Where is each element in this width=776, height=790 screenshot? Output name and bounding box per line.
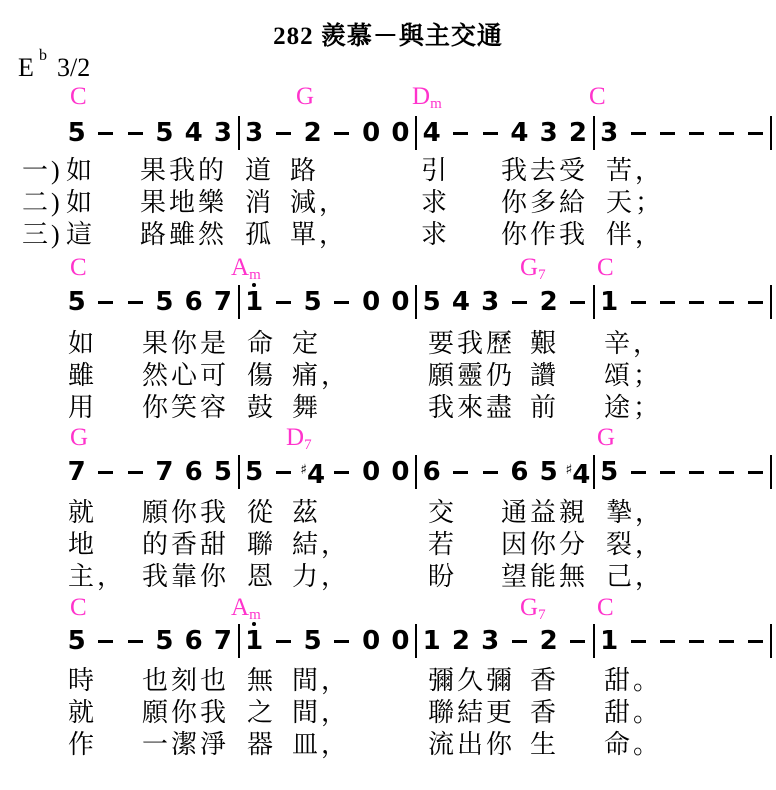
- lyric-cell: 聯: [247, 530, 276, 560]
- dash-extension: [682, 132, 711, 135]
- dash-extension: [327, 471, 356, 474]
- chord-label: G7: [520, 255, 546, 281]
- chord-subscript: 7: [538, 607, 546, 623]
- lyric-cell: 要我歷: [428, 329, 515, 359]
- lyric-cell: 如: [68, 329, 97, 359]
- lyric-cell: 茲: [292, 498, 321, 528]
- lyric-cell: 彌久彌: [428, 666, 515, 696]
- note: 5: [62, 284, 91, 320]
- dash-extension: [712, 471, 741, 474]
- dash-extension: [505, 640, 534, 643]
- note: 1: [417, 623, 446, 659]
- dash-mark: [631, 471, 646, 474]
- note: 0: [386, 115, 415, 151]
- lyric-cell: 我去受: [501, 156, 588, 186]
- dash-mark: [748, 132, 763, 135]
- note: 7: [208, 284, 237, 320]
- dash-mark: [570, 301, 585, 304]
- note: 6: [179, 284, 208, 320]
- song-title: 282 羨慕－與主交通: [0, 16, 776, 52]
- lyric-cell: 願靈仍: [428, 361, 515, 391]
- lyric-cell: 痛，: [292, 361, 350, 391]
- lyric-cell: 摯，: [606, 498, 664, 528]
- chord-subscript: m: [249, 607, 261, 623]
- lyric-cell: 間，: [292, 666, 350, 696]
- note: 0: [357, 623, 386, 659]
- dash-extension: [712, 301, 741, 304]
- key-root: E: [18, 53, 34, 83]
- dash-mark: [483, 132, 498, 135]
- note: 0: [386, 284, 415, 320]
- note: 5: [298, 284, 327, 320]
- lyric-cell: 恩: [247, 562, 276, 592]
- lyric-cell: 交: [428, 498, 457, 528]
- note: ♯4: [563, 452, 592, 493]
- dash-mark: [128, 301, 143, 304]
- dash-mark: [719, 301, 734, 304]
- dash-extension: [476, 132, 505, 135]
- note: 0: [357, 284, 386, 320]
- dash-mark: [748, 301, 763, 304]
- chord-label: C: [70, 84, 87, 110]
- chord-label: Am: [231, 255, 261, 281]
- dash-mark: [689, 301, 704, 304]
- lyric-cell: 伴，: [606, 220, 664, 250]
- lyric-cell: 前: [530, 393, 559, 423]
- lyric-cell: 天；: [606, 188, 664, 218]
- note: 2: [446, 623, 475, 659]
- flat-accidental: b: [39, 47, 47, 65]
- note: 0: [357, 115, 386, 151]
- lyric-cell: 你多給: [501, 188, 588, 218]
- note: 2: [563, 115, 592, 151]
- lyric-cell: 求: [421, 220, 450, 250]
- lyric-cell: 通益親: [501, 498, 588, 528]
- dash-mark: [512, 640, 527, 643]
- lyric-cell: 你笑容: [142, 393, 229, 423]
- dash-extension: [446, 471, 475, 474]
- lyric-cell: 聯結更: [428, 698, 515, 728]
- lyric-cell: 之: [247, 698, 276, 728]
- note: 5: [62, 115, 91, 151]
- lyric-cell: 器: [247, 730, 276, 760]
- dash-extension: [269, 640, 298, 643]
- lyric-cell: 消: [245, 188, 274, 218]
- note: 3: [208, 115, 237, 151]
- lyric-cell: 因你分: [501, 530, 588, 560]
- lyric-cell: 途；: [604, 393, 662, 423]
- note: 6: [179, 454, 208, 490]
- lyric-cell: 頌；: [604, 361, 662, 391]
- lyric-cell: 的香甜: [142, 530, 229, 560]
- dash-extension: [269, 471, 298, 474]
- dash-extension: [624, 640, 653, 643]
- note: 5: [240, 454, 269, 490]
- dash-extension: [653, 471, 682, 474]
- dash-extension: [476, 471, 505, 474]
- chord-label: G7: [520, 595, 546, 621]
- dash-mark: [748, 471, 763, 474]
- dash-mark: [660, 301, 675, 304]
- note: 3: [534, 115, 563, 151]
- chord-label: Dm: [412, 84, 442, 110]
- chord-subscript: m: [430, 96, 442, 112]
- lyric-cell: 時: [68, 666, 97, 696]
- dash-extension: [91, 301, 120, 304]
- note: 5: [150, 115, 179, 151]
- dash-extension: [563, 640, 592, 643]
- dash-extension: [327, 132, 356, 135]
- note: 3: [476, 284, 505, 320]
- lyric-cell: 己，: [606, 562, 664, 592]
- chord-label: C: [70, 595, 87, 621]
- dash-mark: [570, 640, 585, 643]
- lyric-cell: 香: [530, 666, 559, 696]
- dash-mark: [128, 640, 143, 643]
- note: 5: [417, 284, 446, 320]
- lyric-cell: 無: [247, 666, 276, 696]
- dash-mark: [631, 640, 646, 643]
- lyric-cell: 願你我: [142, 498, 229, 528]
- lyric-cell: 定: [292, 329, 321, 359]
- dash-mark: [689, 471, 704, 474]
- dash-extension: [682, 640, 711, 643]
- dash-mark: [719, 471, 734, 474]
- note: 2: [534, 284, 563, 320]
- lyric-cell: 一潔淨: [142, 730, 229, 760]
- lyric-cell: 讚: [530, 361, 559, 391]
- chord-label: C: [70, 255, 87, 281]
- verse-number: 三): [22, 220, 63, 250]
- note: 3: [240, 115, 269, 151]
- lyric-cell: 從: [247, 498, 276, 528]
- time-signature: 3/2: [57, 53, 90, 83]
- dash-extension: [121, 471, 150, 474]
- note: ♯4: [298, 452, 327, 493]
- dash-extension: [327, 640, 356, 643]
- note: 0: [386, 623, 415, 659]
- lyric-cell: 這: [66, 220, 95, 250]
- lyric-cell: 辛，: [604, 329, 662, 359]
- chord-label: C: [589, 84, 606, 110]
- dash-extension: [269, 301, 298, 304]
- dash-mark: [334, 471, 349, 474]
- note: 7: [62, 454, 91, 490]
- dash-extension: [624, 471, 653, 474]
- dash-mark: [453, 132, 468, 135]
- dash-extension: [91, 640, 120, 643]
- dash-extension: [653, 301, 682, 304]
- dash-extension: [624, 301, 653, 304]
- lyric-cell: 苦，: [606, 156, 664, 186]
- lyric-cell: 就: [68, 698, 97, 728]
- lyric-cell: 我來盡: [428, 393, 515, 423]
- lyric-cell: 命: [247, 329, 276, 359]
- dash-extension: [91, 471, 120, 474]
- lyric-cell: 艱: [530, 329, 559, 359]
- dash-mark: [631, 132, 646, 135]
- dash-extension: [121, 301, 150, 304]
- note: 3: [595, 115, 624, 151]
- dash-mark: [98, 301, 113, 304]
- barline: [770, 624, 772, 658]
- lyric-cell: 如: [66, 156, 95, 186]
- dash-extension: [712, 132, 741, 135]
- note: 0: [357, 454, 386, 490]
- lyric-cell: 流出你: [428, 730, 515, 760]
- lyric-cell: 命。: [604, 730, 662, 760]
- note: 4: [179, 115, 208, 151]
- dash-extension: [741, 301, 770, 304]
- lyric-cell: 果我的: [140, 156, 227, 186]
- dash-extension: [712, 640, 741, 643]
- dash-mark: [98, 471, 113, 474]
- note: 4: [417, 115, 446, 151]
- dash-mark: [631, 301, 646, 304]
- dash-extension: [741, 471, 770, 474]
- lyric-cell: 結，: [292, 530, 350, 560]
- lyric-cell: 孤: [245, 220, 274, 250]
- music-line: 5567150012321: [62, 623, 772, 659]
- dash-extension: [682, 471, 711, 474]
- dash-extension: [682, 301, 711, 304]
- lyric-cell: 甜。: [604, 698, 662, 728]
- dash-mark: [334, 640, 349, 643]
- dash-mark: [660, 132, 675, 135]
- dash-extension: [624, 132, 653, 135]
- note: 1: [595, 284, 624, 320]
- lyric-cell: 若: [428, 530, 457, 560]
- dash-extension: [327, 301, 356, 304]
- chord-subscript: m: [249, 267, 261, 283]
- lyric-cell: 路: [290, 156, 319, 186]
- dash-extension: [121, 640, 150, 643]
- dash-extension: [505, 301, 534, 304]
- lyric-cell: 盼: [428, 562, 457, 592]
- note: 0: [386, 454, 415, 490]
- music-line: 77655♯400665♯45: [62, 454, 772, 490]
- dash-mark: [660, 640, 675, 643]
- lyric-cell: 生: [530, 730, 559, 760]
- lyric-cell: 果你是: [142, 329, 229, 359]
- lyric-cell: 雖: [68, 361, 97, 391]
- note: 2: [534, 623, 563, 659]
- dash-extension: [91, 132, 120, 135]
- lyric-cell: 舞: [292, 393, 321, 423]
- dash-mark: [719, 640, 734, 643]
- dash-mark: [334, 301, 349, 304]
- dash-mark: [128, 471, 143, 474]
- lyric-cell: 求: [421, 188, 450, 218]
- note: 5: [595, 454, 624, 490]
- note: 6: [179, 623, 208, 659]
- dash-extension: [653, 640, 682, 643]
- chord-subscript: 7: [538, 267, 546, 283]
- chord-label: G: [70, 425, 88, 451]
- note: 2: [298, 115, 327, 151]
- music-line: 5543320044323: [62, 115, 772, 151]
- note: 7: [208, 623, 237, 659]
- dash-mark: [512, 301, 527, 304]
- lyric-cell: 我靠你: [142, 562, 229, 592]
- dash-extension: [741, 640, 770, 643]
- dash-mark: [276, 471, 291, 474]
- lyric-cell: 就: [68, 498, 97, 528]
- note: 6: [505, 454, 534, 490]
- note: 4: [505, 115, 534, 151]
- lyric-cell: 如: [66, 188, 95, 218]
- barline: [770, 116, 772, 150]
- octave-dot-note: 1: [245, 623, 263, 659]
- dash-mark: [276, 301, 291, 304]
- lyric-cell: 引: [421, 156, 450, 186]
- lyric-cell: 減，: [290, 188, 348, 218]
- chord-label: Am: [231, 595, 261, 621]
- verse-number: 一): [22, 156, 63, 186]
- lyric-cell: 作: [68, 730, 97, 760]
- chord-label: G: [597, 425, 615, 451]
- dash-mark: [748, 640, 763, 643]
- note: 1: [595, 623, 624, 659]
- sharp-accidental: ♯: [565, 462, 572, 478]
- chord-label: G: [296, 84, 314, 110]
- dash-extension: [446, 132, 475, 135]
- dash-extension: [269, 132, 298, 135]
- dash-extension: [121, 132, 150, 135]
- lyric-cell: 力，: [292, 562, 350, 592]
- lyric-cell: 地: [68, 530, 97, 560]
- note: 4: [446, 284, 475, 320]
- note: 5: [534, 454, 563, 490]
- music-line: 5567150054321: [62, 284, 772, 320]
- octave-dot-note: 1: [245, 284, 263, 320]
- lyric-cell: 願你我: [142, 698, 229, 728]
- note: 5: [298, 623, 327, 659]
- note: 5: [150, 623, 179, 659]
- dash-mark: [98, 132, 113, 135]
- chord-label: C: [597, 255, 614, 281]
- lyric-cell: 用: [68, 393, 97, 423]
- dash-mark: [453, 471, 468, 474]
- lyric-cell: 主，: [68, 562, 126, 592]
- note: 1: [240, 623, 269, 659]
- lyric-cell: 你作我: [501, 220, 588, 250]
- dash-mark: [128, 132, 143, 135]
- lyric-cell: 間，: [292, 698, 350, 728]
- lyric-cell: 路雖然: [140, 220, 227, 250]
- dash-mark: [689, 640, 704, 643]
- verse-number: 二): [22, 188, 63, 218]
- note: 6: [417, 454, 446, 490]
- barline: [770, 285, 772, 319]
- lyric-cell: 甜。: [604, 666, 662, 696]
- note: 5: [150, 284, 179, 320]
- note: 5: [208, 454, 237, 490]
- note: 1: [240, 284, 269, 320]
- dash-extension: [653, 132, 682, 135]
- dash-extension: [563, 301, 592, 304]
- lyric-cell: 然心可: [142, 361, 229, 391]
- sheet-music-page: 282 羨慕－與主交通 E b 3/2 CGDmC5543320044323一)…: [0, 0, 776, 790]
- dash-mark: [334, 132, 349, 135]
- chord-label: D7: [286, 425, 312, 451]
- lyric-cell: 香: [530, 698, 559, 728]
- lyric-cell: 鼓: [247, 393, 276, 423]
- lyric-cell: 也刻也: [142, 666, 229, 696]
- lyric-cell: 皿，: [292, 730, 350, 760]
- dash-mark: [276, 132, 291, 135]
- dash-mark: [276, 640, 291, 643]
- note: 7: [150, 454, 179, 490]
- chord-label: C: [597, 595, 614, 621]
- lyric-cell: 道: [245, 156, 274, 186]
- lyric-cell: 單，: [290, 220, 348, 250]
- note: 3: [476, 623, 505, 659]
- dash-mark: [483, 471, 498, 474]
- sharp-accidental: ♯: [300, 462, 307, 478]
- dash-mark: [98, 640, 113, 643]
- dash-mark: [660, 471, 675, 474]
- lyric-cell: 果地樂: [140, 188, 227, 218]
- lyric-cell: 裂，: [606, 530, 664, 560]
- lyric-cell: 望能無: [501, 562, 588, 592]
- lyric-cell: 傷: [247, 361, 276, 391]
- barline: [770, 455, 772, 489]
- dash-mark: [719, 132, 734, 135]
- note: 5: [62, 623, 91, 659]
- dash-extension: [741, 132, 770, 135]
- dash-mark: [689, 132, 704, 135]
